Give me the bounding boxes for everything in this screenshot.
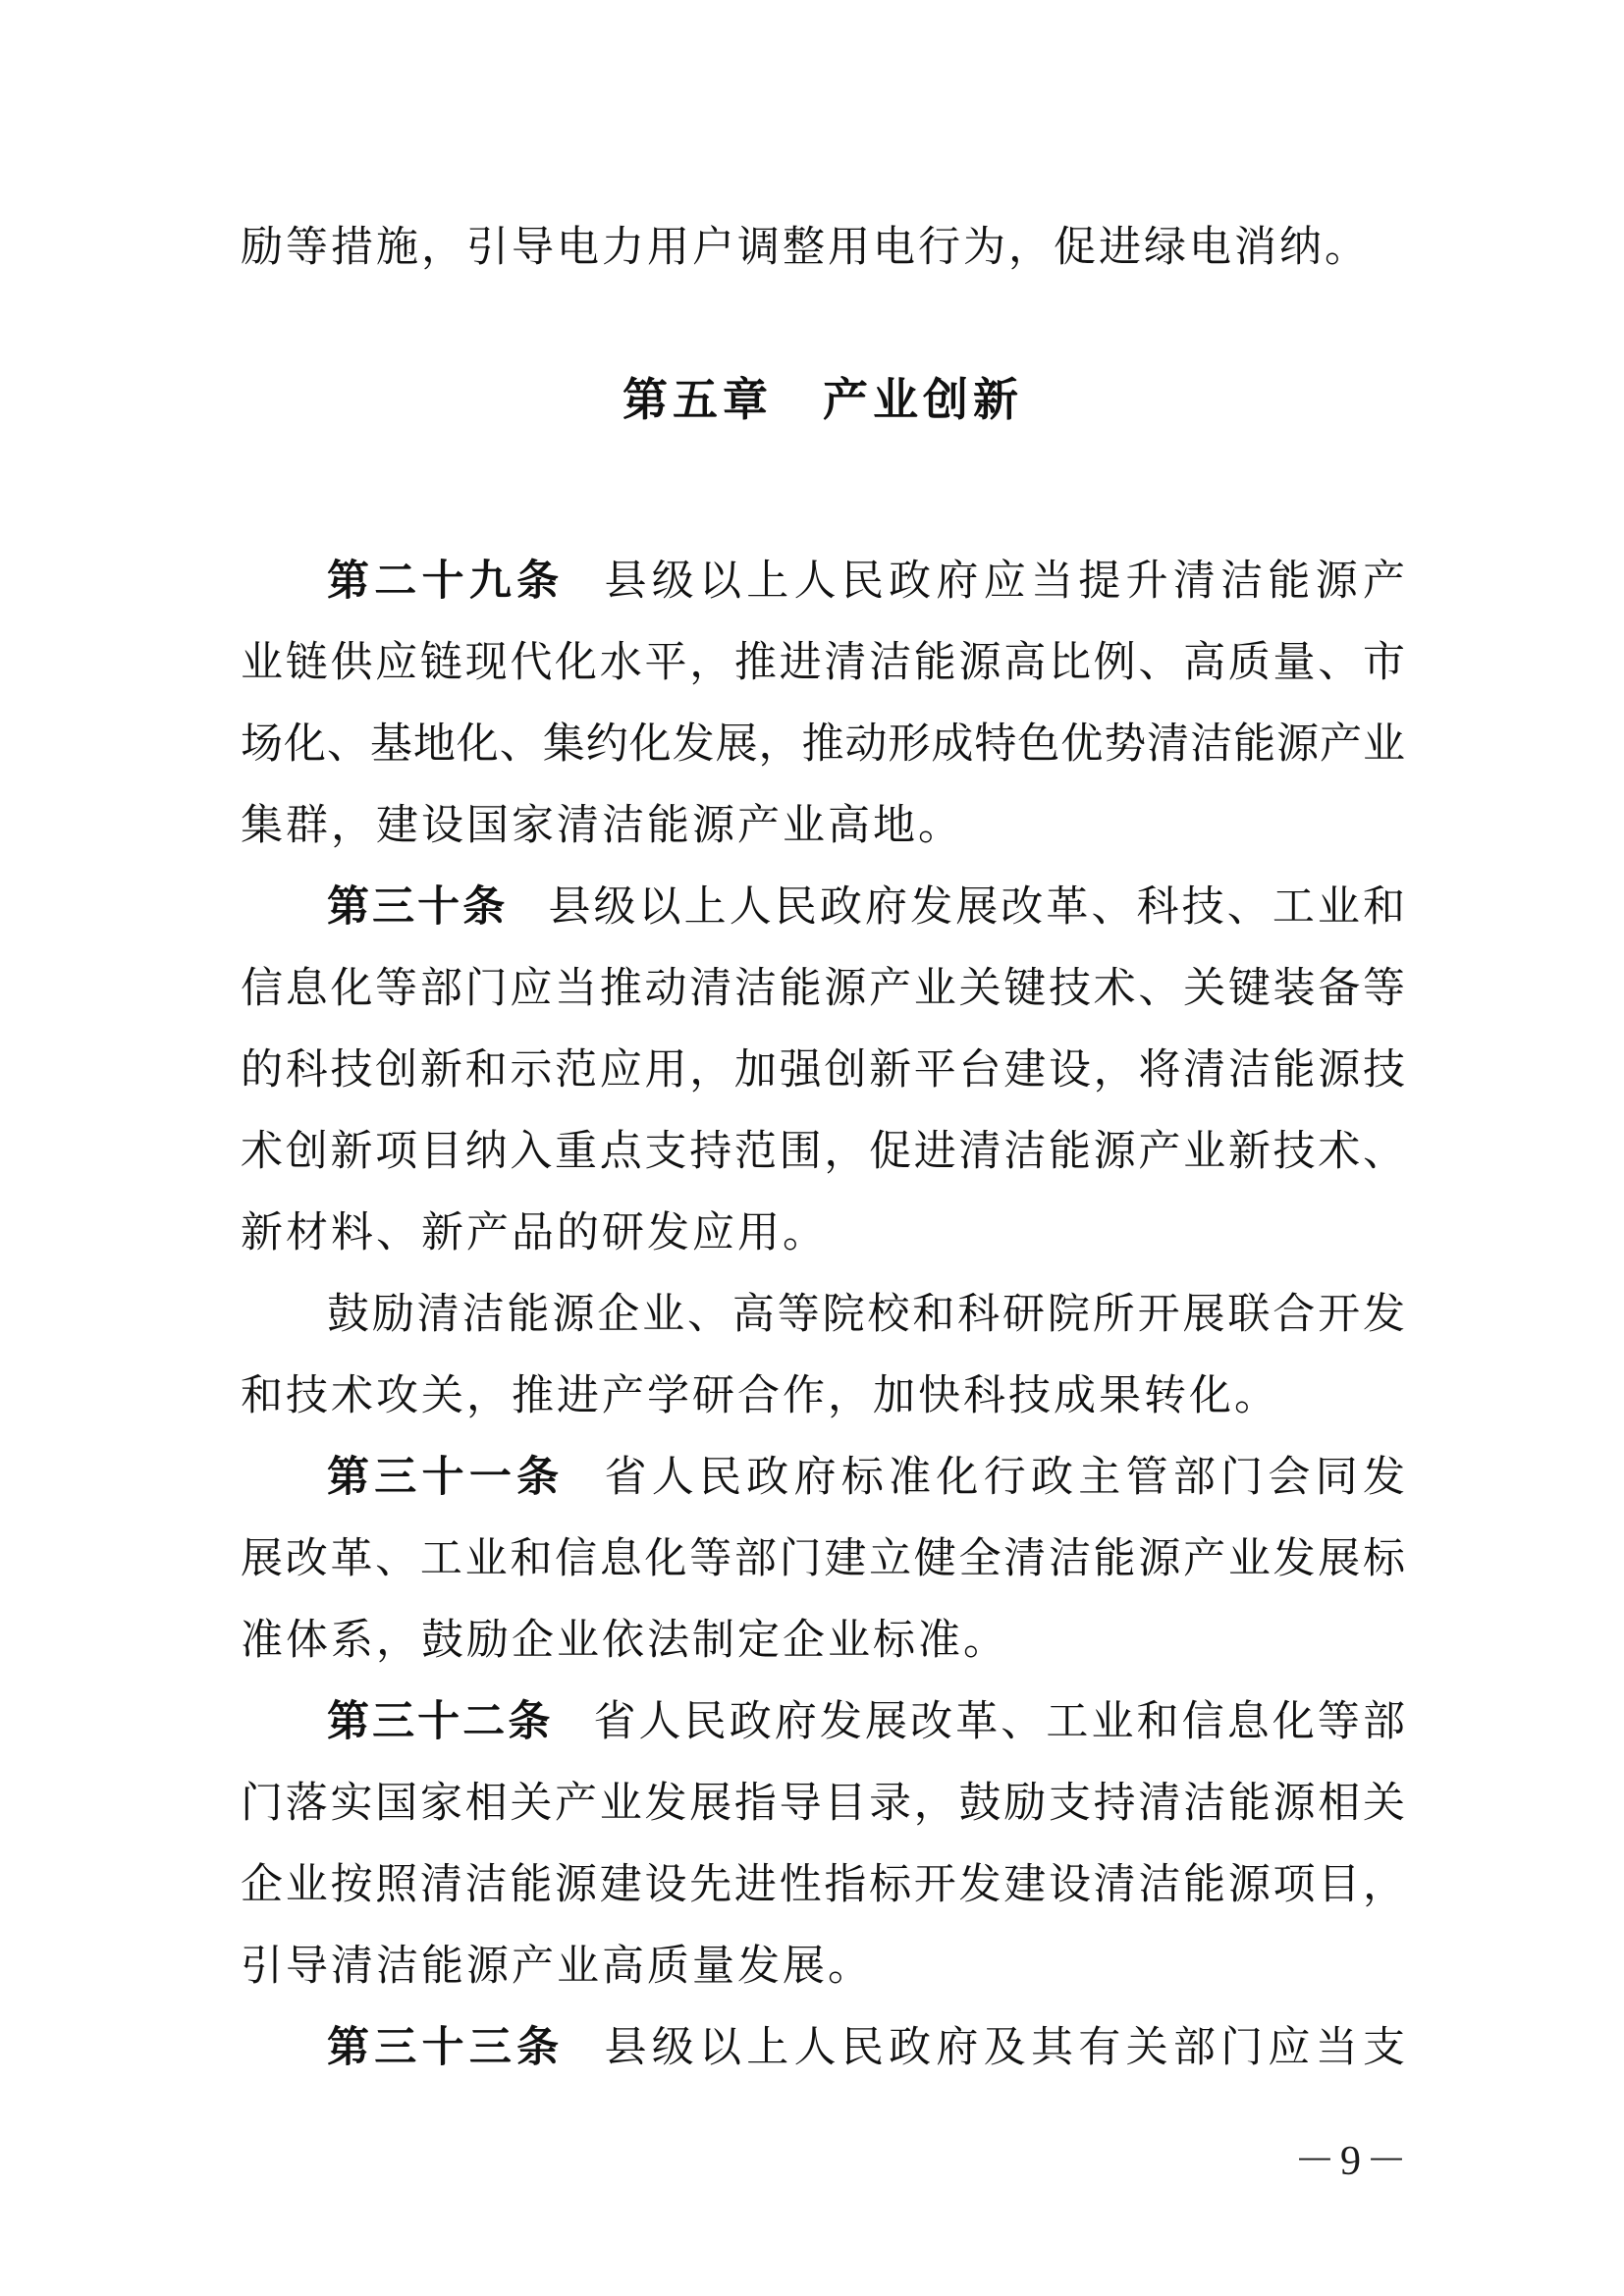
text-line: 信息化等部门应当推动清洁能源产业关键技术、关键装备等	[241, 948, 1405, 1030]
line-text: 业链供应链现代化水平，推进清洁能源高比例、高质量、市	[241, 640, 1405, 686]
line-text: 展改革、工业和信息化等部门建立健全清洁能源产业发展标	[241, 1536, 1405, 1582]
text-line: 第三十三条县级以上人民政府及其有关部门应当支	[241, 2007, 1405, 2089]
text-line: 的科技创新和示范应用，加强创新平台建设，将清洁能源技	[241, 1030, 1405, 1111]
text-line: 企业按照清洁能源建设先进性指标开发建设清洁能源项目，	[241, 1844, 1405, 1926]
line-text: 县级以上人民政府发展改革、科技、工业和	[548, 884, 1405, 931]
article-number: 第三十二条	[327, 1698, 553, 1745]
text-line: 术创新项目纳入重点支持范围，促进清洁能源产业新技术、	[241, 1111, 1405, 1193]
document-page: 励等措施，引导电力用户调整用电行为，促进绿电消纳。 第五章 产业创新 第二十九条…	[0, 0, 1624, 2296]
body-text-block: 第二十九条县级以上人民政府应当提升清洁能源产业链供应链现代化水平，推进清洁能源高…	[241, 541, 1405, 2089]
line-text: 县级以上人民政府及其有关部门应当支	[604, 2025, 1405, 2071]
text-line: 和技术攻关，推进产学研合作，加快科技成果转化。	[241, 1356, 1405, 1437]
text-line: 第三十一条省人民政府标准化行政主管部门会同发	[241, 1437, 1405, 1519]
line-text: 省人民政府标准化行政主管部门会同发	[604, 1455, 1405, 1501]
line-text: 省人民政府发展改革、工业和信息化等部	[593, 1699, 1405, 1745]
article-number: 第三十一条	[327, 1454, 564, 1501]
article-number: 第三十条	[327, 883, 508, 931]
line-text: 术创新项目纳入重点支持范围，促进清洁能源产业新技术、	[241, 1129, 1405, 1175]
text-line: 场化、基地化、集约化发展，推动形成特色优势清洁能源产业	[241, 704, 1405, 785]
line-text: 场化、基地化、集约化发展，推动形成特色优势清洁能源产业	[241, 721, 1405, 768]
text-line: 业链供应链现代化水平，推进清洁能源高比例、高质量、市	[241, 622, 1405, 704]
text-line: 引导清洁能源产业高质量发展。	[241, 1926, 1405, 2007]
text-line: 展改革、工业和信息化等部门建立健全清洁能源产业发展标	[241, 1519, 1405, 1600]
article-number: 第二十九条	[327, 558, 564, 605]
line-text: 引导清洁能源产业高质量发展。	[241, 1944, 873, 1990]
line-text: 信息化等部门应当推动清洁能源产业关键技术、关键装备等	[241, 966, 1405, 1012]
line-text: 新材料、新产品的研发应用。	[241, 1210, 828, 1256]
continuation-paragraph-line: 励等措施，引导电力用户调整用电行为，促进绿电消纳。	[241, 207, 1405, 289]
text-line: 第三十二条省人民政府发展改革、工业和信息化等部	[241, 1682, 1405, 1763]
line-text: 准体系，鼓励企业依法制定企业标准。	[241, 1618, 1008, 1664]
text-line: 门落实国家相关产业发展指导目录，鼓励支持清洁能源相关	[241, 1763, 1405, 1844]
article-number: 第三十三条	[327, 2024, 564, 2071]
text-line: 鼓励清洁能源企业、高等院校和科研院所开展联合开发	[241, 1274, 1405, 1356]
text-line: 集群，建设国家清洁能源产业高地。	[241, 785, 1405, 867]
text-line: 准体系，鼓励企业依法制定企业标准。	[241, 1600, 1405, 1682]
text-line: 第三十条县级以上人民政府发展改革、科技、工业和	[241, 867, 1405, 948]
line-text: 门落实国家相关产业发展指导目录，鼓励支持清洁能源相关	[241, 1781, 1405, 1827]
chapter-heading: 第五章 产业创新	[241, 359, 1405, 441]
text-line: 第二十九条县级以上人民政府应当提升清洁能源产	[241, 541, 1405, 622]
line-text: 鼓励清洁能源企业、高等院校和科研院所开展联合开发	[327, 1292, 1405, 1338]
line-text: 县级以上人民政府应当提升清洁能源产	[604, 559, 1405, 605]
line-text: 企业按照清洁能源建设先进性指标开发建设清洁能源项目，	[241, 1862, 1405, 1908]
page-number: －9－	[1294, 2128, 1412, 2187]
line-text: 集群，建设国家清洁能源产业高地。	[241, 803, 963, 849]
line-text: 和技术攻关，推进产学研合作，加快科技成果转化。	[241, 1373, 1279, 1419]
text-line: 新材料、新产品的研发应用。	[241, 1193, 1405, 1274]
line-text: 的科技创新和示范应用，加强创新平台建设，将清洁能源技	[241, 1047, 1405, 1094]
